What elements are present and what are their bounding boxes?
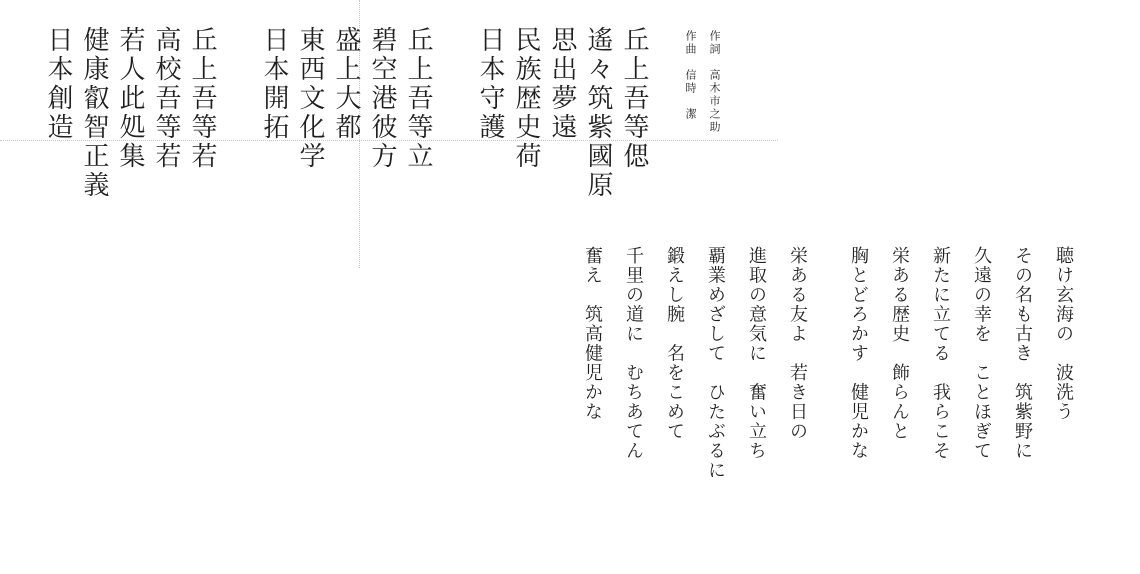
lyric-line: その名も古き 筑紫野に [1002, 246, 1043, 496]
kanbun-line: 丘上吾等偲 [616, 26, 652, 261]
lyric-line: 進取の意気に 奮い立ち [736, 246, 777, 496]
kanbun-line: 健康叡智正義 [76, 26, 112, 261]
lyrics-verse-1: 聴け玄海の 波洗う その名も古き 筑紫野に 久遠の幸を ことほぎて 新たに立てる… [838, 246, 1084, 496]
kanbun-line: 日本開拓 [256, 26, 292, 261]
kanbun-line: 高校吾等若 [148, 26, 184, 261]
kanbun-line: 碧空港彼方 [364, 26, 400, 261]
kanbun-line: 思出夢遠 [544, 26, 580, 261]
kanbun-line: 日本創造 [40, 26, 76, 261]
lyrics-block: 聴け玄海の 波洗う その名も古き 筑紫野に 久遠の幸を ことほぎて 新たに立てる… [572, 246, 1084, 496]
lyric-line: 久遠の幸を ことほぎて [961, 246, 1002, 496]
lyric-line: 胸とどろかす 健児かな [838, 246, 879, 496]
lyric-line: 新たに立てる 我らこそ [920, 246, 961, 496]
lyric-line: 奮え 筑高健児かな [572, 246, 613, 496]
kanbun-line: 民族歴史荷 [508, 26, 544, 261]
credit-composer: 作曲 信時 潔 [678, 30, 702, 261]
kanbun-line: 丘上吾等立 [400, 26, 436, 261]
credit-lyricist: 作詞 高木市之助 [702, 30, 726, 261]
kanbun-stanza-3: 丘上吾等若 高校吾等若 若人此処集 健康叡智正義 日本創造 [40, 26, 220, 261]
kanbun-line: 若人此処集 [112, 26, 148, 261]
lyric-line: 鍛えし腕 名をこめて [654, 246, 695, 496]
lyrics-verse-2: 栄ある友よ 若き日の 進取の意気に 奮い立ち 覇業めざして ひたぶるに 鍛えし腕… [572, 246, 818, 496]
lyric-line: 覇業めざして ひたぶるに [695, 246, 736, 496]
kanbun-line: 丘上吾等若 [184, 26, 220, 261]
kanbun-line: 遙々筑紫國原 [580, 26, 616, 261]
scanned-song-sheet: 作詞 高木市之助 作曲 信時 潔 丘上吾等偲 遙々筑紫國原 思出夢遠 民族歴史荷… [0, 0, 1140, 574]
lyric-line: 聴け玄海の 波洗う [1043, 246, 1084, 496]
kanbun-stanza-1: 丘上吾等偲 遙々筑紫國原 思出夢遠 民族歴史荷 日本守護 [472, 26, 652, 261]
kanbun-stanza-2: 丘上吾等立 碧空港彼方 盛上大都 東西文化学 日本開拓 [256, 26, 436, 261]
lyric-line: 栄ある友よ 若き日の [777, 246, 818, 496]
lyric-line: 千里の道に むちあてん [613, 246, 654, 496]
kanbun-line: 日本守護 [472, 26, 508, 261]
kanbun-line: 盛上大都 [328, 26, 364, 261]
kanbun-block: 作詞 高木市之助 作曲 信時 潔 丘上吾等偲 遙々筑紫國原 思出夢遠 民族歴史荷… [40, 26, 726, 261]
lyric-line: 栄ある歴史 飾らんと [879, 246, 920, 496]
credits: 作詞 高木市之助 作曲 信時 潔 [678, 26, 726, 261]
kanbun-line: 東西文化学 [292, 26, 328, 261]
